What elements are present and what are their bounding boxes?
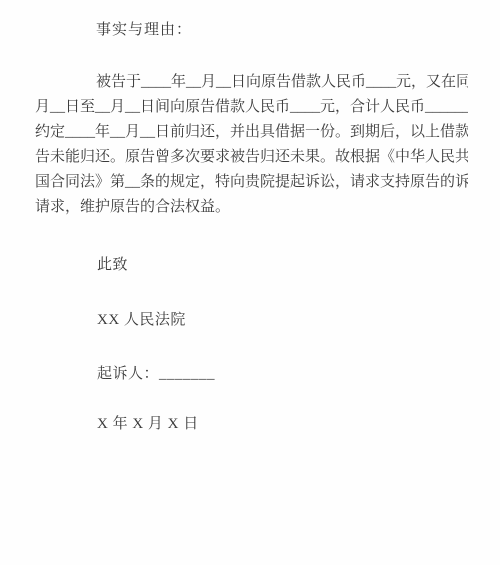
section-title-facts-and-reasons: 事实与理由： [96,21,192,39]
document-page: 事实与理由： 被告于____年__月__日向原告借款人民币____元，又在同年_… [0,0,500,565]
paragraph-line: 请求，维护原告的合法权益。 [35,195,468,220]
date-line: X 年 X 月 X 日 [97,415,199,433]
paragraph-line: 被告于____年__月__日向原告借款人民币____元，又在同年__ [96,70,468,95]
court-name: XX 人民法院 [97,311,186,329]
paragraph-line: 国合同法》第__条的规定，特向贵院提起诉讼，请求支持原告的诉讼 [35,170,468,195]
paragraph-line: 月__日至__月__日间向原告借款人民币____元，合计人民币______元， [35,95,468,120]
closing-salute: 此致 [97,256,128,274]
plaintiff-signature-line: 起诉人：_______ [97,365,215,383]
paragraph-line: 告未能归还。原告曾多次要求被告归还未果。故根据《中华人民共和 [35,145,468,170]
body-paragraph: 被告于____年__月__日向原告借款人民币____元，又在同年__ 月__日至… [35,70,468,220]
paragraph-line: 约定____年__月__日前归还，并出具借据一份。到期后，以上借款被 [35,120,468,145]
